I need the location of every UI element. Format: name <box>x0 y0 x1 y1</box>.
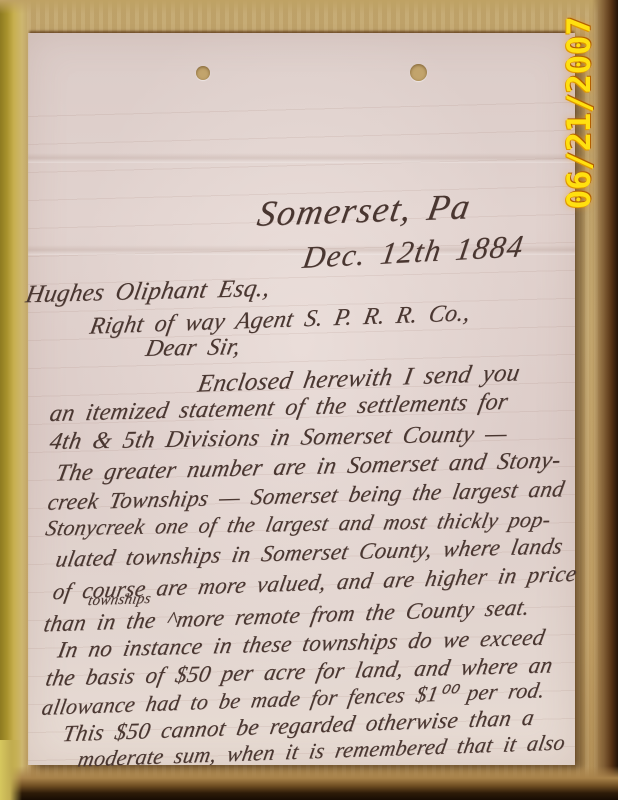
handwritten-letter: Somerset, Pa Dec. 12th 1884 Hughes Oliph… <box>0 0 618 800</box>
place-line: Somerset, Pa <box>255 188 474 232</box>
inserted-word: townships <box>87 592 152 609</box>
recipient-line: Hughes Oliphant Esq., <box>24 276 273 308</box>
letter-line: an itemized statement of the settlements… <box>48 390 510 426</box>
letter-line: 4th & 5th Divisions in Somerset County — <box>48 422 510 454</box>
camera-date-stamp: 06/21/2007 <box>560 7 606 209</box>
photo-of-letter: Somerset, Pa Dec. 12th 1884 Hughes Oliph… <box>0 0 618 800</box>
date-line: Dec. 12th 1884 <box>301 230 527 273</box>
salutation-line: Dear Sir, <box>144 335 243 361</box>
recipient-title-line: Right of way Agent S. P. R. R. Co., <box>88 301 472 338</box>
